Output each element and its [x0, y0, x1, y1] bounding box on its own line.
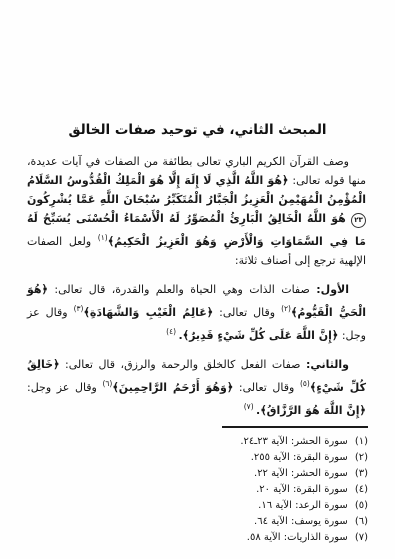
footnote-reference: (٦)	[102, 379, 112, 388]
footnote-item: (٧)سورة الذاريات: الآية ٥٨.	[20, 530, 368, 546]
footnote-reference: (٥)	[300, 379, 310, 388]
footnote-number: (١)	[355, 434, 368, 450]
footnote-number: (٧)	[355, 530, 368, 546]
quran-quote: ﴿عَالِمُ الْغَيْبِ وَالشَّهَادَةِ﴾	[83, 306, 213, 319]
section-label: والثاني:	[306, 358, 349, 371]
footnotes-list: (١)سورة الحشر: الآية ٢٣ـ٢٤. (٢)سورة البق…	[0, 433, 395, 546]
body-text-run: صفات الفعل كالخلق والرحمة والرزق، قال تع…	[60, 358, 306, 371]
body-text-run: وقال تعالى:	[233, 381, 300, 394]
footnote-item: (٢)سورة البقرة: الآية ٢٥٥.	[20, 450, 368, 466]
footnote-item: (٦)سورة يوسف: الآية ٦٤.	[20, 514, 368, 530]
body-text-run: وقال عز وجل:	[27, 381, 102, 394]
footnote-text: سورة الذاريات: الآية ٥٨.	[247, 532, 348, 543]
body-text: وصف القرآن الكريم الباري تعالى بطائفة من…	[0, 138, 395, 420]
footnote-reference: (٣)	[74, 304, 84, 313]
footnote-item: (٤)سورة البقرة: الآية ٢٠.	[20, 482, 368, 498]
footnote-number: (٥)	[355, 498, 368, 514]
footnote-text: سورة البقرة: الآية ٢٥٥.	[251, 452, 348, 463]
ayah-number-circle: ٢٣	[351, 213, 366, 228]
essence-attributes-paragraph: الأول: صفات الذات وهي الحياة والعلم والق…	[27, 280, 366, 345]
book-page: المبحث الثاني، في توحيد صفات الخالق وصف …	[0, 0, 395, 559]
page-title: المبحث الثاني، في توحيد صفات الخالق	[0, 0, 395, 138]
footnote-text: سورة الحشر: الآية ٢٣ـ٢٤.	[240, 436, 348, 447]
body-text-run: وقال تعالى:	[213, 306, 281, 319]
footnote-number: (٤)	[355, 482, 368, 498]
footnote-number: (٢)	[355, 450, 368, 466]
footnote-number: (٣)	[355, 466, 368, 482]
quran-quote: ﴿إِنَّ اللَّهَ عَلَى كُلِّ شَيْءٍ قَدِير…	[178, 329, 338, 342]
quran-quote: ﴿وَهُوَ أَرْحَمُ الرَّاحِمِينَ﴾	[112, 381, 233, 394]
action-attributes-paragraph: والثاني: صفات الفعل كالخلق والرحمة والرز…	[27, 355, 366, 420]
footnote-separator-rule	[222, 426, 368, 428]
footnote-text: سورة الرعد: الآية ١٦.	[258, 500, 348, 511]
intro-paragraph: وصف القرآن الكريم الباري تعالى بطائفة من…	[27, 152, 366, 270]
footnote-reference: (٧)	[244, 402, 256, 411]
footnote-text: سورة الحشر: الآية ٢٢.	[254, 468, 348, 479]
section-label: الأول:	[316, 283, 349, 296]
footnote-item: (٣)سورة الحشر: الآية ٢٢.	[20, 466, 368, 482]
quran-quote: ﴿إِنَّ اللَّهَ هُوَ الرَّزَّاقُ﴾.	[256, 404, 366, 417]
footnote-item: (١)سورة الحشر: الآية ٢٣ـ٢٤.	[20, 434, 368, 450]
footnote-reference: (١)	[98, 233, 108, 242]
footnote-item: (٥)سورة الرعد: الآية ١٦.	[20, 498, 368, 514]
footnote-text: سورة البقرة: الآية ٢٠.	[256, 484, 348, 495]
footnote-text: سورة يوسف: الآية ٦٤.	[254, 516, 348, 527]
footnote-reference: (٢)	[281, 304, 291, 313]
body-text-run: صفات الذات وهي الحياة والعلم والقدرة، قا…	[48, 283, 316, 296]
footnote-reference: (٤)	[166, 327, 178, 336]
footnote-number: (٦)	[355, 514, 368, 530]
